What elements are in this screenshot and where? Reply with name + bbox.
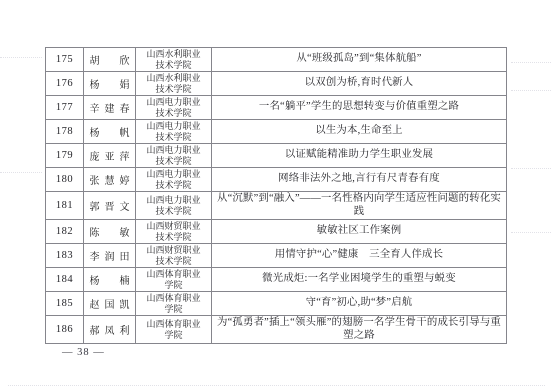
awards-table: 175 胡欣 山西水利职业 技术学院 从“班级孤岛”到“集体航船” 176 杨娟…	[45, 47, 507, 344]
table-row: 185 赵国凯 山西体育职业 学院 守“育”初心,助“梦”启航	[46, 292, 507, 316]
institution-cell: 山西电力职业 技术学院	[136, 120, 212, 144]
person-name: 胡欣	[90, 52, 130, 67]
person-name: 郭晋文	[90, 198, 130, 213]
table-row: 181 郭晋文 山西电力职业 技术学院 从“沉默”到“融入”——一名性格内向学生…	[46, 192, 507, 220]
scan-artifact-line	[8, 385, 545, 386]
row-number-cell: 175	[46, 48, 84, 72]
case-title-cell: 从“沉默”到“融入”——一名性格内向学生适应性问题的转化实践	[212, 192, 507, 220]
person-name: 杨娟	[90, 76, 130, 91]
row-number-cell: 183	[46, 244, 84, 268]
institution-cell: 山西财贸职业 技术学院	[136, 244, 212, 268]
person-name-cell: 杨帆	[84, 120, 136, 144]
person-name: 李润田	[90, 248, 130, 263]
case-title-cell: 以证赋能精准助力学生职业发展	[212, 144, 507, 168]
table-row: 186 郝凤利 山西体育职业 学院 为“孤勇者”插上“领头雁”的翅膀一名学生骨干…	[46, 316, 507, 344]
case-title-cell: 以双创为桥,育时代新人	[212, 72, 507, 96]
table-row: 179 庞亚萍 山西电力职业 技术学院 以证赋能精准助力学生职业发展	[46, 144, 507, 168]
row-number-cell: 185	[46, 292, 84, 316]
scan-artifact-line	[511, 90, 551, 91]
case-title-cell: 为“孤勇者”插上“领头雁”的翅膀一名学生骨干的成长引导与重塑之路	[212, 316, 507, 344]
table-row: 178 杨帆 山西电力职业 技术学院 以生为本,生命至上	[46, 120, 507, 144]
person-name-cell: 胡欣	[84, 48, 136, 72]
scan-artifact-line	[0, 172, 42, 173]
person-name: 赵国凯	[90, 296, 130, 311]
table-row: 182 陈敏 山西财贸职业 技术学院 敏敏社区工作案例	[46, 220, 507, 244]
institution-cell: 山西电力职业 技术学院	[136, 192, 212, 220]
row-number-cell: 179	[46, 144, 84, 168]
row-number-cell: 186	[46, 316, 84, 344]
page-number: — 38 —	[62, 347, 105, 358]
row-number-cell: 176	[46, 72, 84, 96]
institution-cell: 山西水利职业 技术学院	[136, 72, 212, 96]
table-row: 176 杨娟 山西水利职业 技术学院 以双创为桥,育时代新人	[46, 72, 507, 96]
person-name-cell: 张慧婷	[84, 168, 136, 192]
row-number-cell: 180	[46, 168, 84, 192]
institution-cell: 山西水利职业 技术学院	[136, 48, 212, 72]
table-row: 180 张慧婷 山西电力职业 技术学院 网络非法外之地,言行有尺青春有度	[46, 168, 507, 192]
person-name: 张慧婷	[90, 172, 130, 187]
institution-cell: 山西电力职业 技术学院	[136, 96, 212, 120]
row-number-cell: 181	[46, 192, 84, 220]
awards-table-body: 175 胡欣 山西水利职业 技术学院 从“班级孤岛”到“集体航船” 176 杨娟…	[46, 48, 507, 344]
case-title-cell: 敏敏社区工作案例	[212, 220, 507, 244]
row-number-cell: 178	[46, 120, 84, 144]
case-title-cell: 一名“躺平”学生的思想转变与价值重塑之路	[212, 96, 507, 120]
person-name: 陈敏	[90, 224, 130, 239]
scan-artifact-line	[511, 232, 551, 233]
scanned-document-page: 175 胡欣 山西水利职业 技术学院 从“班级孤岛”到“集体航船” 176 杨娟…	[0, 0, 553, 391]
case-title-cell: 以生为本,生命至上	[212, 120, 507, 144]
institution-cell: 山西体育职业 学院	[136, 316, 212, 344]
person-name-cell: 郭晋文	[84, 192, 136, 220]
person-name-cell: 郝凤利	[84, 316, 136, 344]
row-number-cell: 182	[46, 220, 84, 244]
person-name-cell: 杨楠	[84, 268, 136, 292]
case-title-cell: 从“班级孤岛”到“集体航船”	[212, 48, 507, 72]
person-name: 杨楠	[90, 272, 130, 287]
institution-cell: 山西电力职业 技术学院	[136, 144, 212, 168]
case-title-cell: 用情守护“心”健康 三全育人伴成长	[212, 244, 507, 268]
case-title-cell: 微光成炬:一名学业困境学生的重塑与蜕变	[212, 268, 507, 292]
table-row: 177 辛建春 山西电力职业 技术学院 一名“躺平”学生的思想转变与价值重塑之路	[46, 96, 507, 120]
institution-cell: 山西体育职业 学院	[136, 268, 212, 292]
case-title-cell: 守“育”初心,助“梦”启航	[212, 292, 507, 316]
person-name: 庞亚萍	[90, 148, 130, 163]
table-row: 183 李润田 山西财贸职业 技术学院 用情守护“心”健康 三全育人伴成长	[46, 244, 507, 268]
person-name: 杨帆	[90, 124, 130, 139]
person-name-cell: 陈敏	[84, 220, 136, 244]
person-name: 郝凤利	[90, 322, 130, 337]
scan-artifact-line	[511, 62, 551, 63]
person-name-cell: 杨娟	[84, 72, 136, 96]
person-name: 辛建春	[90, 100, 130, 115]
institution-cell: 山西电力职业 技术学院	[136, 168, 212, 192]
scan-artifact-line	[0, 57, 42, 58]
person-name-cell: 李润田	[84, 244, 136, 268]
row-number-cell: 184	[46, 268, 84, 292]
table-row: 184 杨楠 山西体育职业 学院 微光成炬:一名学业困境学生的重塑与蜕变	[46, 268, 507, 292]
institution-cell: 山西体育职业 学院	[136, 292, 212, 316]
row-number-cell: 177	[46, 96, 84, 120]
scan-artifact-line	[511, 168, 551, 169]
person-name-cell: 辛建春	[84, 96, 136, 120]
person-name-cell: 赵国凯	[84, 292, 136, 316]
case-title-cell: 网络非法外之地,言行有尺青春有度	[212, 168, 507, 192]
person-name-cell: 庞亚萍	[84, 144, 136, 168]
table-row: 175 胡欣 山西水利职业 技术学院 从“班级孤岛”到“集体航船”	[46, 48, 507, 72]
institution-cell: 山西财贸职业 技术学院	[136, 220, 212, 244]
